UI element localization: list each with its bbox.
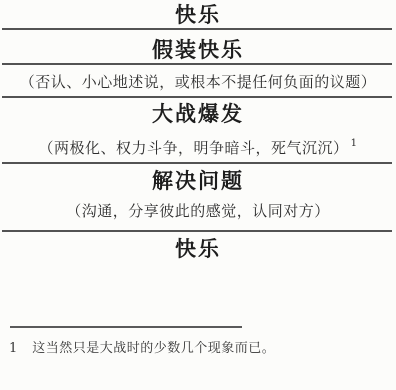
footnote: 1 这当然只是大战时的少数几个现象而已。 (9, 340, 388, 357)
stage-war-breaks-out: 大战爆发 (0, 98, 396, 127)
stage-solve-problems: 解决问题 (0, 164, 396, 194)
stage-happy-top: 快乐 (0, 0, 396, 28)
footnote-text: 这当然只是大战时的少数几个现象而已。 (32, 340, 275, 357)
stage-happy-bottom: 快乐 (0, 232, 396, 262)
footnote-separator-line (10, 326, 242, 328)
stage-pretend-happy: 假装快乐 (0, 30, 396, 63)
book-page: 快乐 假装快乐 （否认、小心地述说，或根本不提任何负面的议题） 大战爆发 （两极… (0, 0, 396, 390)
footnote-reference-1: 1 (351, 138, 358, 149)
note-solve-problems: （沟通，分享彼此的感觉，认同对方） (0, 194, 396, 230)
note-pretend-happy: （否认、小心地述说，或根本不提任何负面的议题） (0, 65, 396, 96)
note-war-breaks-out: （两极化、权力斗争，明争暗斗，死气沉沉）1 (0, 127, 396, 162)
note-war-text: （两极化、权力斗争，明争暗斗，死气沉沉） (39, 139, 349, 157)
footnote-marker: 1 (9, 340, 17, 357)
